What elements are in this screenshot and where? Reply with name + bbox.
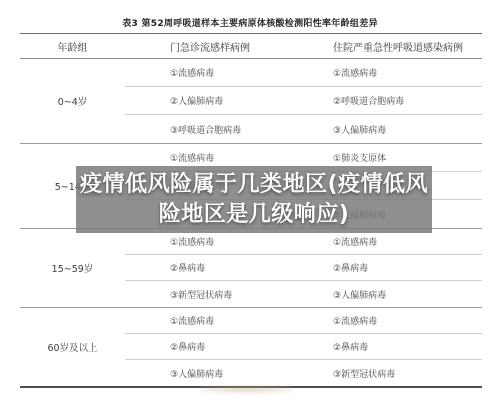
header-inpatient-sari: 住院严重急性呼吸道感染病例 (333, 39, 482, 54)
table-row: 0~4岁 ①流感病毒 ①流感病毒 ②人偏肺病毒 ②呼吸道合胞病毒 ③呼吸道合胞病… (20, 59, 482, 144)
header-age-group: 年龄组 (20, 39, 125, 54)
ili-pathogen: ③呼吸道合胞病毒 (125, 123, 333, 136)
header-outpatient-ili: 门急诊流感样病例 (125, 39, 333, 54)
sari-pathogen: ①流感病毒 (333, 235, 482, 248)
table-row: 60岁及以上 ①流感病毒 ①流感病毒 ②鼻病毒 ②鼻病毒 ③人偏肺病毒 ③新型冠… (20, 308, 482, 386)
overlay-text-line1: 疫情低风险属于几类地区(疫情低风 (80, 170, 428, 200)
sari-pathogen: ②鼻病毒 (333, 261, 482, 274)
article-screenshot: 表3 第52周呼吸道样本主要病原体核酸检测阳性率年龄组差异 年龄组 门急诊流感样… (0, 0, 500, 402)
ili-pathogen: ①流感病毒 (125, 314, 333, 327)
sari-pathogen: ①肺炎支原体 (333, 151, 482, 164)
ili-pathogen: ②鼻病毒 (125, 261, 333, 274)
pathogen-subrow: ②人偏肺病毒 ②呼吸道合胞病毒 (125, 87, 482, 115)
sari-pathogen: ②鼻病毒 (333, 340, 482, 353)
table-title: 表3 第52周呼吸道样本主要病原体核酸检测阳性率年龄组差异 (0, 16, 500, 29)
age-label: 15~59岁 (20, 229, 125, 307)
ili-pathogen: ③人偏肺病毒 (125, 367, 333, 380)
sari-pathogen: ①流感病毒 (333, 66, 482, 79)
pathogen-subrow: ①流感病毒 ①流感病毒 (125, 308, 482, 334)
pathogen-subrow: ③新型冠状病毒 ③人偏肺病毒 (125, 281, 482, 307)
table-header-row: 年龄组 门急诊流感样病例 住院严重急性呼吸道感染病例 (20, 34, 482, 59)
table-row: 15~59岁 ①流感病毒 ①流感病毒 ②鼻病毒 ②鼻病毒 ③新型冠状病毒 ③人偏… (20, 229, 482, 308)
watermark-text-overlay: 疫情低风险属于几类地区(疫情低风 险地区是几级响应) (76, 166, 432, 233)
ili-pathogen: ③新型冠状病毒 (125, 288, 333, 301)
pathogen-subrow: ③呼吸道合胞病毒 ③人偏肺病毒 (125, 115, 482, 143)
ili-pathogen: ①流感病毒 (125, 151, 333, 164)
pathogen-subrow: ③人偏肺病毒 ③新型冠状病毒 (125, 360, 482, 386)
age-label: 60岁及以上 (20, 308, 125, 386)
age-label: 0~4岁 (20, 59, 125, 143)
sari-pathogen: ③人偏肺病毒 (333, 123, 482, 136)
ili-pathogen: ②人偏肺病毒 (125, 94, 333, 107)
overlay-text-line2: 险地区是几级响应) (159, 200, 350, 230)
sari-pathogen: ①流感病毒 (333, 314, 482, 327)
sari-pathogen: ③人偏肺病毒 (333, 288, 482, 301)
ili-pathogen: ①流感病毒 (125, 235, 333, 248)
pathogen-subrow: ②鼻病毒 ②鼻病毒 (125, 334, 482, 360)
ili-pathogen: ②鼻病毒 (125, 340, 333, 353)
pathogen-subrow: ①流感病毒 ①流感病毒 (125, 59, 482, 87)
sari-pathogen: ③新型冠状病毒 (333, 367, 482, 380)
watermark-smudge (200, 386, 292, 393)
pathogen-subrow: ②鼻病毒 ②鼻病毒 (125, 255, 482, 281)
ili-pathogen: ①流感病毒 (125, 66, 333, 79)
sari-pathogen: ②呼吸道合胞病毒 (333, 94, 482, 107)
